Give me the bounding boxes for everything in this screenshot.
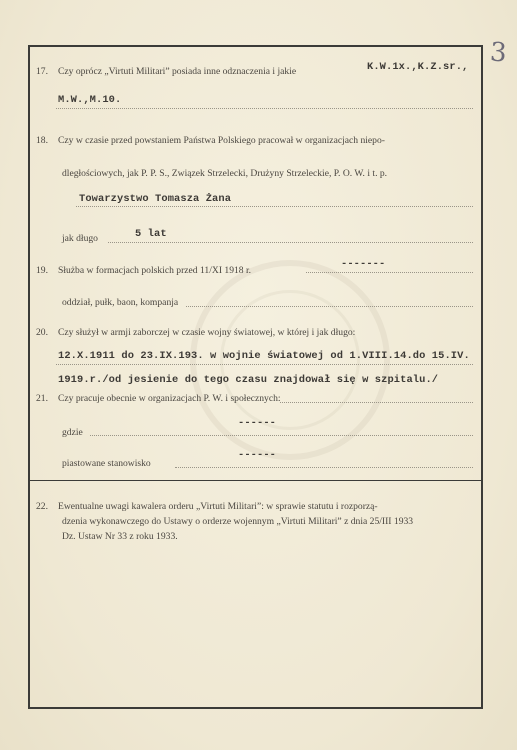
question-label: Czy pracuje obecnie w organizacjach P. W… [58, 393, 281, 404]
duration-answer: 5 lat [135, 228, 167, 240]
where-label: gdzie [62, 427, 83, 438]
question-label: Czy w czasie przed powstaniem Państwa Po… [58, 135, 385, 146]
question-label: Czy oprócz „Virtuti Militari” posiada in… [58, 66, 296, 77]
answer-line [56, 364, 473, 365]
duration-label: jak długo [62, 233, 98, 244]
question-22-line1: 22.Ewentualne uwagi kawalera orderu „Vir… [36, 501, 378, 512]
answer-line [175, 467, 473, 468]
question-22-line2: dzenia wykonawczego do Ustawy o orderze … [62, 516, 413, 527]
answer-20-line2: 1919.r./od jesienie do tego czasu znajdo… [58, 374, 438, 386]
question-label: Ewentualne uwagi kawalera orderu „Virtut… [58, 501, 378, 512]
question-number: 17. [36, 66, 58, 77]
question-label: Służba w formacjach polskich przed 11/XI… [58, 265, 251, 276]
answer-line [76, 206, 473, 207]
question-label: Czy służył w armji zaborczej w czasie wo… [58, 327, 355, 338]
answer-19: ------- [341, 258, 385, 270]
answer-20-line1: 12.X.1911 do 23.IX.193. w wojnie światow… [58, 350, 470, 362]
answer-17-line1: K.W.1x.,K.Z.sr., [367, 61, 468, 73]
answer-line [280, 402, 473, 403]
question-17: 17.Czy oprócz „Virtuti Militari” posiada… [36, 66, 296, 77]
question-number: 19. [36, 265, 58, 276]
question-18-line1: 18.Czy w czasie przed powstaniem Państwa… [36, 135, 385, 146]
question-21: 21.Czy pracuje obecnie w organizacjach P… [36, 393, 281, 404]
handwritten-page-number: 3 [489, 37, 508, 68]
question-19: 19.Służba w formacjach polskich przed 11… [36, 265, 251, 276]
question-number: 22. [36, 501, 58, 512]
question-18-line2: dległościowych, jak P. P. S., Związek St… [62, 168, 387, 179]
question-number: 18. [36, 135, 58, 146]
unit-label: oddział, pułk, baon, kompanja [62, 297, 178, 308]
position-label: piastowane stanowisko [62, 458, 151, 469]
question-22-line3: Dz. Ustaw Nr 33 z roku 1933. [62, 531, 178, 542]
answer-line [306, 272, 473, 273]
section-divider [28, 480, 483, 481]
where-answer: ------ [238, 417, 276, 429]
answer-17-line2: M.W.,M.10. [58, 94, 121, 106]
answer-18: Towarzystwo Tomasza Żana [79, 193, 231, 205]
answer-line [56, 108, 473, 109]
answer-line [90, 435, 473, 436]
question-number: 20. [36, 327, 58, 338]
position-answer: ------ [238, 449, 276, 461]
question-20: 20.Czy służył w armji zaborczej w czasie… [36, 327, 355, 338]
answer-line [108, 242, 473, 243]
question-number: 21. [36, 393, 58, 404]
answer-line [186, 306, 473, 307]
